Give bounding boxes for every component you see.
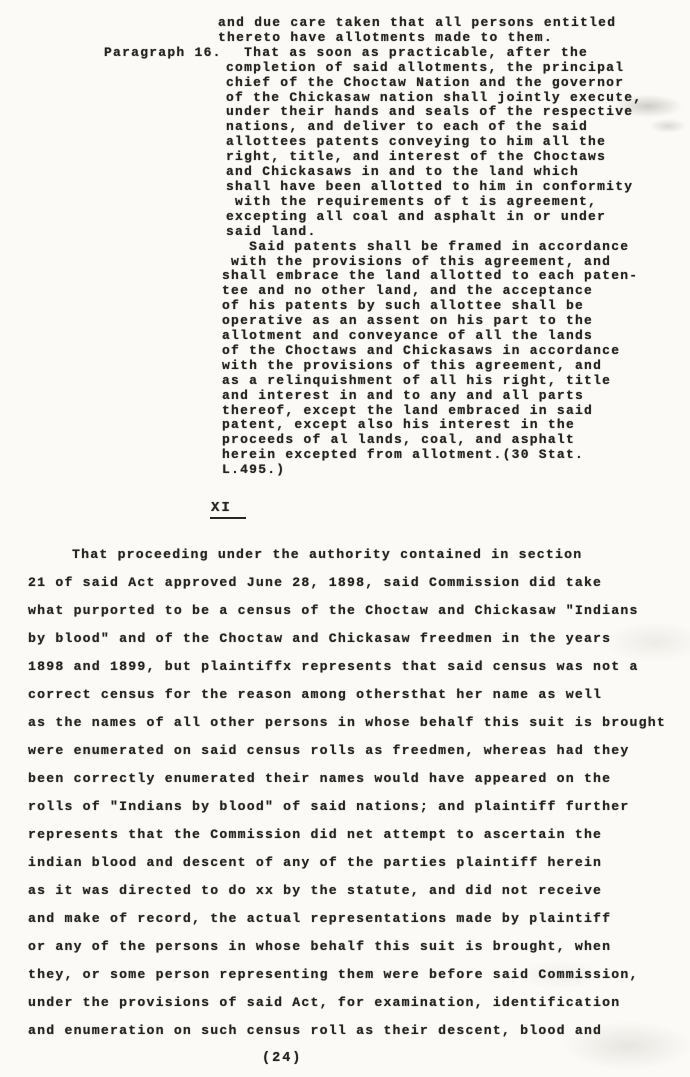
text-line: said land.: [226, 225, 690, 240]
text-line: with the provisions of this agreement, a…: [222, 255, 690, 270]
text-line: 21 of said Act approved June 28, 1898, s…: [28, 569, 690, 597]
page-number: (24): [262, 1051, 690, 1066]
text-line: 1898 and 1899, but plaintiffx represents…: [28, 653, 690, 681]
section-heading: XI: [210, 498, 690, 519]
text-line: with the requirements of t is agreement,: [226, 195, 690, 210]
text-line: they, or some person representing them w…: [28, 961, 690, 989]
text-line: shall have been allotted to him in confo…: [226, 180, 690, 195]
text-line: L.495.): [222, 463, 690, 478]
text-line: correct census for the reason among othe…: [28, 681, 690, 709]
text-line: allottees patents conveying to him all t…: [226, 135, 690, 150]
text-line: shall embrace the land allotted to each …: [222, 269, 690, 284]
text-line: as it was directed to do xx by the statu…: [28, 877, 690, 905]
text-line: That proceeding under the authority cont…: [28, 541, 690, 569]
text-line: nations, and deliver to each of the said: [226, 120, 690, 135]
text-line: allotment and conveyance of all the land…: [222, 329, 690, 344]
section-heading-text: XI: [210, 500, 246, 519]
text-line: tee and no other land, and the acceptanc…: [222, 284, 690, 299]
text-line: thereto have allotments made to them.: [218, 31, 690, 46]
text-line: with the provisions of this agreement, a…: [222, 359, 690, 374]
text-line: That as soon as practicable, after the: [226, 46, 690, 61]
text-line: and make of record, the actual represent…: [28, 905, 690, 933]
text-line: or any of the persons in whose behalf th…: [28, 933, 690, 961]
scanned-document-page: and due care taken that all persons enti…: [0, 0, 690, 1077]
paragraph-16-body: That as soon as practicable, after theco…: [226, 46, 690, 240]
paragraph-16-label: Paragraph 16.: [104, 46, 222, 61]
text-line: operative as an assent on his part to th…: [222, 314, 690, 329]
text-line: under their hands and seals of the respe…: [226, 105, 690, 120]
text-line: patent, except also his interest in the: [222, 418, 690, 433]
text-line: of the Choctaws and Chickasaws in accord…: [222, 344, 690, 359]
text-line: of the Chickasaw nation shall jointly ex…: [226, 91, 690, 106]
text-line: completion of said allotments, the princ…: [226, 61, 690, 76]
text-line: as a relinquishment of all his right, ti…: [222, 374, 690, 389]
text-line: thereof, except the land embraced in sai…: [222, 404, 690, 419]
body-paragraph: That proceeding under the authority cont…: [28, 541, 690, 1045]
text-line: indian blood and descent of any of the p…: [28, 849, 690, 877]
text-line: as the names of all other persons in who…: [28, 709, 690, 737]
text-line: excepting all coal and asphalt in or und…: [226, 210, 690, 225]
text-line: and enumeration on such census roll as t…: [28, 1017, 690, 1045]
text-line: proceeds of al lands, coal, and asphalt: [222, 433, 690, 448]
text-line: what purported to be a census of the Cho…: [28, 597, 690, 625]
text-line: of his patents by such allottee shall be: [222, 299, 690, 314]
text-line: under the provisions of said Act, for ex…: [28, 989, 690, 1017]
text-line: right, title, and interest of the Chocta…: [226, 150, 690, 165]
text-line: were enumerated on said census rolls as …: [28, 737, 690, 765]
continuation-block: and due care taken that all persons enti…: [218, 0, 690, 46]
patents-clause-block: Said patents shall be framed in accordan…: [222, 240, 690, 479]
text-line: represents that the Commission did net a…: [28, 821, 690, 849]
text-line: and due care taken that all persons enti…: [218, 16, 690, 31]
paragraph-16-section: Paragraph 16. That as soon as practicabl…: [0, 46, 690, 240]
text-line: herein excepted from allotment.(30 Stat.: [222, 448, 690, 463]
text-line: Said patents shall be framed in accordan…: [222, 240, 690, 255]
text-line: been correctly enumerated their names wo…: [28, 765, 690, 793]
text-line: chief of the Choctaw Nation and the gove…: [226, 76, 690, 91]
text-line: and interest in and to any and all parts: [222, 389, 690, 404]
text-line: rolls of "Indians by blood" of said nati…: [28, 793, 690, 821]
text-line: by blood" and of the Choctaw and Chickas…: [28, 625, 690, 653]
text-line: and Chickasaws in and to the land which: [226, 165, 690, 180]
